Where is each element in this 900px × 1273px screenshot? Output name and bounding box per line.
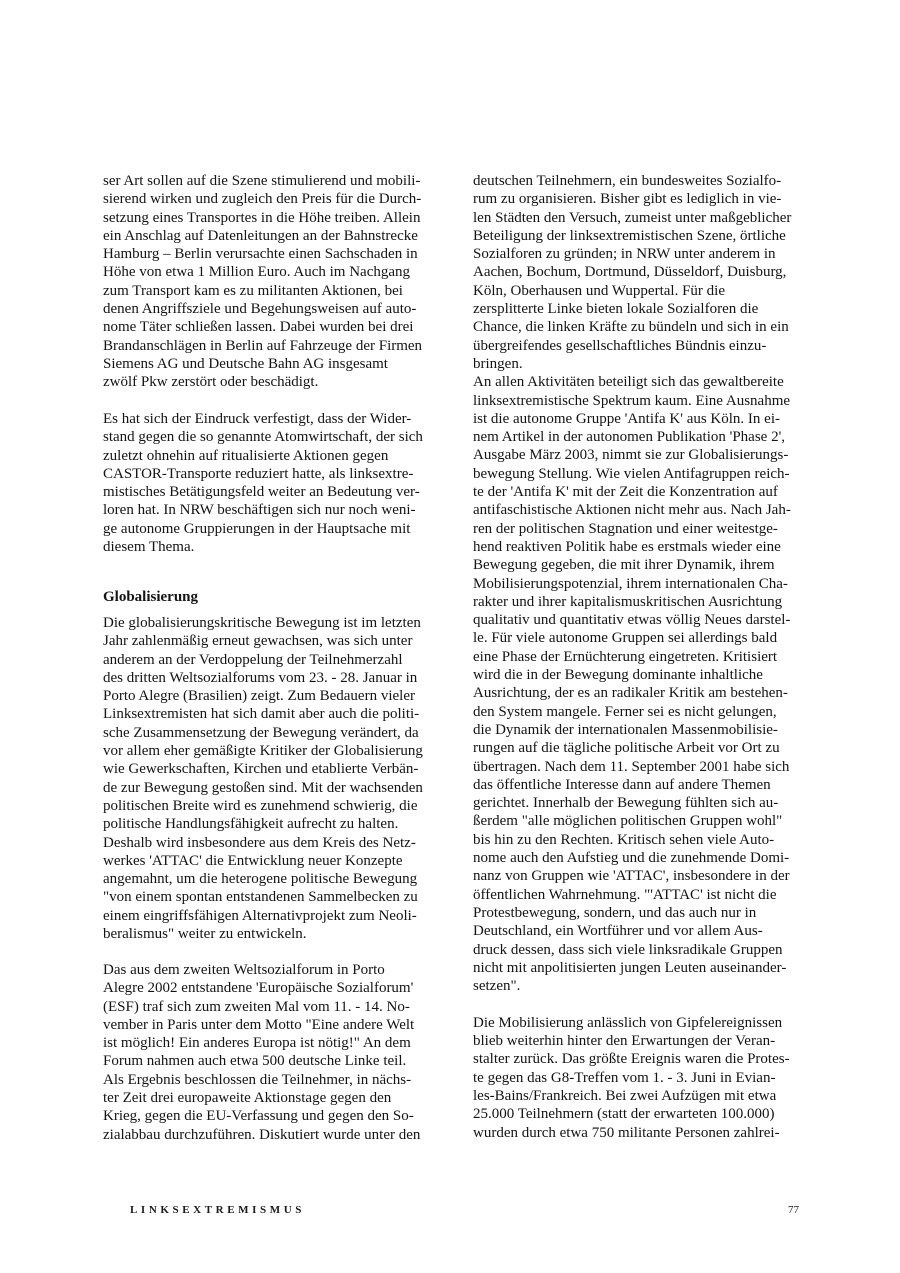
text-line: Sozialforen zu gründen; in NRW unter and…	[473, 245, 803, 263]
text-line: des dritten Weltsozialforums vom 23. - 2…	[103, 669, 429, 687]
text-line: Deshalb wird insbesondere aus dem Kreis …	[103, 834, 429, 852]
text-line: te gegen das G8-Treffen vom 1. - 3. Juni…	[473, 1069, 803, 1087]
text-line: die Dynamik der internationalen Massenmo…	[473, 721, 803, 739]
text-line: nome Täter schließen lassen. Dabei wurde…	[103, 318, 429, 336]
text-line: einem eingriffsfähigen Alternativprojekt…	[103, 907, 429, 925]
text-line: wurden durch etwa 750 militante Personen…	[473, 1124, 803, 1142]
running-footer-title: LINKSEXTREMISMUS	[130, 1203, 305, 1217]
text-line: Ausgabe März 2003, nimmt sie zur Globali…	[473, 446, 803, 464]
section-heading-globalisierung: Globalisierung	[103, 588, 429, 606]
text-line: eine Phase der Ernüchterung eingetreten.…	[473, 648, 803, 666]
text-line: nome auch den Aufstieg und die zunehmend…	[473, 849, 803, 867]
text-line: politische Handlungsfähigkeit aufrecht z…	[103, 815, 429, 833]
text-line: Die globalisierungskritische Bewegung is…	[103, 614, 429, 632]
text-line: setzung eines Transportes in die Höhe tr…	[103, 209, 429, 227]
text-line: linksextremistische Spektrum kaum. Eine …	[473, 392, 803, 410]
text-line: rakter und ihrer kapitalismuskritischen …	[473, 593, 803, 611]
text-line: sche Zusammensetzung der Bewegung veränd…	[103, 724, 429, 742]
text-line: Das aus dem zweiten Weltsozialforum in P…	[103, 961, 429, 979]
text-line: zum Transport kam es zu militanten Aktio…	[103, 282, 429, 300]
text-line: Ausrichtung, der es an radikaler Kritik …	[473, 684, 803, 702]
text-line: bis hin zu den Rechten. Kritisch sehen v…	[473, 831, 803, 849]
text-line: ge autonome Gruppierungen in der Hauptsa…	[103, 520, 429, 538]
text-line: An allen Aktivitäten beteiligt sich das …	[473, 373, 803, 391]
page-number: 77	[783, 1203, 799, 1217]
text-line: zwölf Pkw zerstört oder beschädigt.	[103, 373, 429, 391]
text-line: te der 'Antifa K' mit der Zeit die Konze…	[473, 483, 803, 501]
text-line: den System mangele. Ferner sei es nicht …	[473, 703, 803, 721]
text-line: nicht mit anpolitisierten jungen Leuten …	[473, 959, 803, 977]
text-line: rungen auf die tägliche politische Arbei…	[473, 739, 803, 757]
text-line: deutschen Teilnehmern, ein bundesweites …	[473, 172, 803, 190]
text-line: les-Bains/Frankreich. Bei zwei Aufzügen …	[473, 1087, 803, 1105]
text-line: Alegre 2002 entstandene 'Europäische Soz…	[103, 979, 429, 997]
text-line: stalter zurück. Das größte Ereignis ware…	[473, 1050, 803, 1068]
text-line: beralismus" weiter zu entwickeln.	[103, 925, 429, 943]
text-line: Bewegung gegeben, die mit ihrer Dynamik,…	[473, 556, 803, 574]
text-line: "von einem spontan entstandenen Sammelbe…	[103, 888, 429, 906]
text-line: CASTOR-Transporte reduziert hatte, als l…	[103, 465, 429, 483]
text-line: Es hat sich der Eindruck verfestigt, das…	[103, 410, 429, 428]
text-line: werkes 'ATTAC' die Entwicklung neuer Kon…	[103, 852, 429, 870]
text-line: angemahnt, um die heterogene politische …	[103, 870, 429, 888]
text-line: Jahr zahlenmäßig erneut gewachsen, was s…	[103, 632, 429, 650]
text-line: (ESF) traf sich zum zweiten Mal vom 11. …	[103, 998, 429, 1016]
paragraph-europaeisches-sozialforum: Das aus dem zweiten Weltsozialforum in P…	[103, 961, 429, 1144]
paragraph-antifa-k: An allen Aktivitäten beteiligt sich das …	[473, 373, 803, 995]
text-line: sierend wirken und zugleich den Preis fü…	[103, 190, 429, 208]
text-line: Linksextremisten hat sich damit aber auc…	[103, 705, 429, 723]
text-line: wird die in der Bewegung dominante inhal…	[473, 666, 803, 684]
text-line: gerichtet. Innerhalb der Bewegung fühlte…	[473, 794, 803, 812]
text-line: Köln, Oberhausen und Wuppertal. Für die	[473, 282, 803, 300]
text-line: Als Ergebnis beschlossen die Teilnehmer,…	[103, 1071, 429, 1089]
text-line: zersplitterte Linke bieten lokale Sozial…	[473, 300, 803, 318]
text-line: loren hat. In NRW beschäftigen sich nur …	[103, 501, 429, 519]
text-line: nanz von Gruppen wie 'ATTAC', insbesonde…	[473, 867, 803, 885]
text-line: druck dessen, dass sich viele linksradik…	[473, 941, 803, 959]
paragraph-atomwirtschaft: Es hat sich der Eindruck verfestigt, das…	[103, 410, 429, 556]
text-line: blieb weiterhin hinter den Erwartungen d…	[473, 1032, 803, 1050]
text-line: zuletzt ohnehin auf ritualisierte Aktion…	[103, 447, 429, 465]
text-line: de zur Bewegung gestoßen sind. Mit der w…	[103, 779, 429, 797]
text-line: zialabbau durchzuführen. Diskutiert wurd…	[103, 1126, 429, 1144]
text-line: Protestbewegung, sondern, und das auch n…	[473, 904, 803, 922]
paragraph-globalisierung-intro: Die globalisierungskritische Bewegung is…	[103, 614, 429, 943]
text-line: Porto Alegre (Brasilien) zeigt. Zum Beda…	[103, 687, 429, 705]
text-line: Aachen, Bochum, Dortmund, Düsseldorf, Du…	[473, 263, 803, 281]
text-line: ßerdem "alle möglichen politischen Grupp…	[473, 812, 803, 830]
document-page: ser Art sollen auf die Szene stimulieren…	[0, 0, 900, 1273]
text-line: ist möglich! Ein anderes Europa ist nöti…	[103, 1034, 429, 1052]
text-line: anderem an der Verdoppelung der Teilnehm…	[103, 651, 429, 669]
text-line: übertragen. Nach dem 11. September 2001 …	[473, 758, 803, 776]
text-line: stand gegen die so genannte Atomwirtscha…	[103, 428, 429, 446]
text-line: setzen".	[473, 977, 803, 995]
paragraph-sozialforen: deutschen Teilnehmern, ein bundesweites …	[473, 172, 803, 373]
text-line: Hamburg – Berlin verursachte einen Sachs…	[103, 245, 429, 263]
text-line: denen Angriffsziele und Begehungsweisen …	[103, 300, 429, 318]
text-line: das öffentliche Interesse dann auf ander…	[473, 776, 803, 794]
text-line: Siemens AG und Deutsche Bahn AG insgesam…	[103, 355, 429, 373]
text-line: Deutschland, ein Wortführer und vor alle…	[473, 922, 803, 940]
text-line: wie Gewerkschaften, Kirchen und etablier…	[103, 760, 429, 778]
text-line: ser Art sollen auf die Szene stimulieren…	[103, 172, 429, 190]
text-line: hend reaktiven Politik habe es erstmals …	[473, 538, 803, 556]
text-line: 25.000 Teilnehmern (statt der erwarteten…	[473, 1105, 803, 1123]
text-line: ren der politischen Stagnation und einer…	[473, 520, 803, 538]
text-line: nem Artikel in der autonomen Publikation…	[473, 428, 803, 446]
text-line: Die Mobilisierung anlässlich von Gipfele…	[473, 1014, 803, 1032]
paragraph-castor-actions: ser Art sollen auf die Szene stimulieren…	[103, 172, 429, 392]
text-line: rum zu organisieren. Bisher gibt es ledi…	[473, 190, 803, 208]
text-line: bringen.	[473, 355, 803, 373]
text-line: len Städten den Versuch, zumeist unter m…	[473, 209, 803, 227]
text-line: vor allem eher gemäßigte Kritiker der Gl…	[103, 742, 429, 760]
text-line: Höhe von etwa 1 Million Euro. Auch im Na…	[103, 263, 429, 281]
text-line: Forum nahmen auch etwa 500 deutsche Link…	[103, 1052, 429, 1070]
text-line: ist die autonome Gruppe 'Antifa K' aus K…	[473, 410, 803, 428]
text-line: Beteiligung der linksextremistischen Sze…	[473, 227, 803, 245]
paragraph-gipfelereignisse: Die Mobilisierung anlässlich von Gipfele…	[473, 1014, 803, 1142]
text-line: antifaschistische Aktionen nicht mehr au…	[473, 501, 803, 519]
text-line: ter Zeit drei europaweite Aktionstage ge…	[103, 1089, 429, 1107]
text-line: ein Anschlag auf Datenleitungen an der B…	[103, 227, 429, 245]
text-line: le. Für viele autonome Gruppen sei aller…	[473, 629, 803, 647]
text-line: Chance, die linken Kräfte zu bündeln und…	[473, 318, 803, 336]
text-line: Krieg, gegen die EU-Verfassung und gegen…	[103, 1107, 429, 1125]
text-line: politischen Breite wird es zunehmend sch…	[103, 797, 429, 815]
text-line: qualitativ und quantitativ etwas völlig …	[473, 611, 803, 629]
text-line: bewegung Stellung. Wie vielen Antifagrup…	[473, 465, 803, 483]
text-line: übergreifendes gesellschaftliches Bündni…	[473, 337, 803, 355]
text-line: öffentlichen Wahrnehmung. "'ATTAC' ist n…	[473, 886, 803, 904]
text-line: Brandanschlägen in Berlin auf Fahrzeuge …	[103, 337, 429, 355]
text-line: mistisches Betätigungsfeld weiter an Bed…	[103, 483, 429, 501]
text-line: vember in Paris unter dem Motto "Eine an…	[103, 1016, 429, 1034]
text-line: Mobilisierungspotenzial, ihrem internati…	[473, 575, 803, 593]
text-line: diesem Thema.	[103, 538, 429, 556]
